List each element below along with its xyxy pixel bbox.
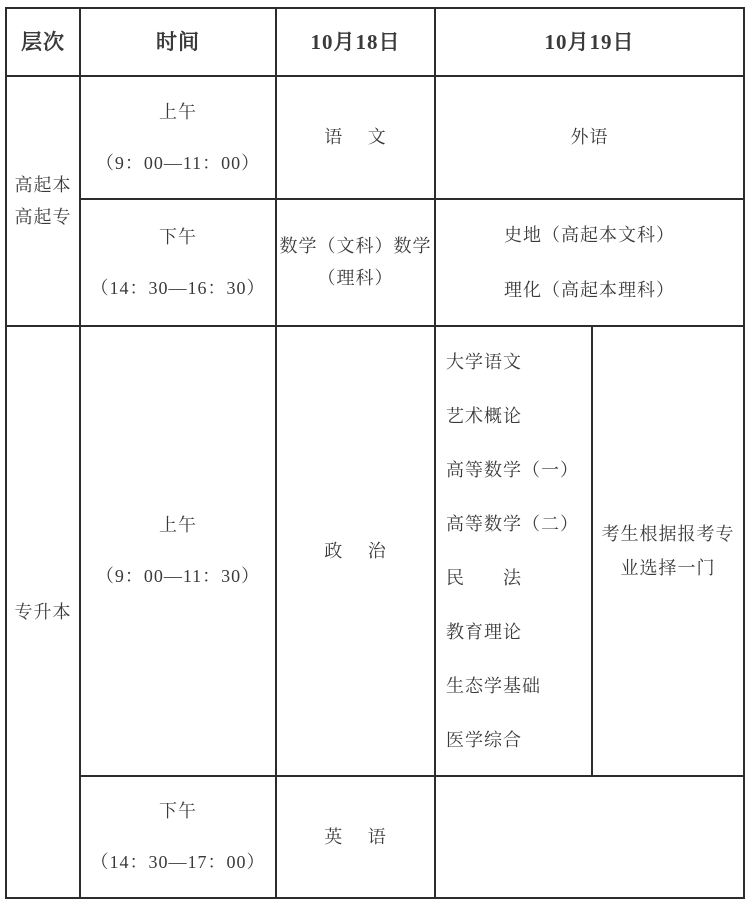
level-gaoqi-lines: 高起本 高起专: [7, 174, 79, 229]
cell-gaoqi-morning-oct19: 外语: [435, 76, 744, 199]
math-subject-line2: （理科）: [318, 267, 394, 290]
row-gaoqi-afternoon: 下午 （14：30—16：30） 数学（文科）数学 （理科） 史地（高起本文科）…: [6, 199, 744, 326]
subject-jiaoyulilun: 教育理论: [446, 621, 522, 644]
session-label: 上午: [159, 514, 197, 537]
session-label: 下午: [159, 226, 197, 249]
lihua-subject-label: 理化（高起本理科）: [504, 279, 675, 302]
session-lines: 上午 （9：00—11：00）: [81, 101, 275, 175]
subject-gaodengshuxue2: 高等数学（二）: [446, 513, 579, 536]
exam-schedule-page: 层次 时间 10月18日 10月19日 高起本 高起专 上午 （9：00—11：…: [0, 0, 748, 905]
shidi-lihua-lines: 史地（高起本文科） 理化（高起本理科）: [436, 224, 743, 302]
row-zhuanshengben-afternoon: 下午 （14：30—17：00） 英 语: [6, 776, 744, 898]
session-lines: 上午 （9：00—11：30）: [81, 514, 275, 588]
cell-gaoqi-afternoon-session: 下午 （14：30—16：30）: [80, 199, 276, 326]
session-time: （14：30—16：30）: [91, 277, 266, 300]
subject-list: 大学语文 艺术概论 高等数学（一） 高等数学（二） 民 法 教育理论 生态学基础…: [436, 351, 591, 752]
header-row: 层次 时间 10月18日 10月19日: [6, 8, 744, 76]
header-cell-oct18: 10月18日: [276, 8, 435, 76]
cell-gaoqi-afternoon-oct18: 数学（文科）数学 （理科）: [276, 199, 435, 326]
level-gaoqiben-label: 高起本: [15, 174, 72, 197]
cell-zsb-afternoon-oct18: 英 语: [276, 776, 435, 898]
session-lines: 下午 （14：30—16：30）: [81, 226, 275, 300]
cell-zsb-morning-oct18: 政 治: [276, 326, 435, 776]
session-time: （9：00—11：00）: [96, 152, 260, 175]
session-label: 上午: [159, 101, 197, 124]
elective-note: 考生根据报考专业选择一门: [593, 517, 743, 585]
subject-shengtaixuejichu: 生态学基础: [446, 675, 541, 698]
subject-minfa: 民 法: [446, 567, 522, 590]
cell-level-gaoqi: 高起本 高起专: [6, 76, 80, 326]
cell-zsb-morning-note: 考生根据报考专业选择一门: [592, 326, 744, 776]
session-time: （14：30—17：00）: [91, 851, 266, 874]
session-time: （9：00—11：30）: [96, 565, 260, 588]
subject-daxueyuwen: 大学语文: [446, 351, 522, 374]
exam-schedule-table: 层次 时间 10月18日 10月19日 高起本 高起专 上午 （9：00—11：…: [5, 7, 745, 899]
session-label: 下午: [159, 800, 197, 823]
header-cell-oct19: 10月19日: [435, 8, 744, 76]
header-cell-time: 时间: [80, 8, 276, 76]
cell-zsb-morning-subjects: 大学语文 艺术概论 高等数学（一） 高等数学（二） 民 法 教育理论 生态学基础…: [435, 326, 592, 776]
cell-zsb-morning-session: 上午 （9：00—11：30）: [80, 326, 276, 776]
math-subject-line1: 数学（文科）数学: [280, 235, 432, 258]
cell-gaoqi-afternoon-oct19: 史地（高起本文科） 理化（高起本理科）: [435, 199, 744, 326]
cell-level-zhuanshengben: 专升本: [6, 326, 80, 898]
cell-gaoqi-morning-oct18: 语 文: [276, 76, 435, 199]
subject-yixuezonghe: 医学综合: [446, 729, 522, 752]
cell-zsb-afternoon-session: 下午 （14：30—17：00）: [80, 776, 276, 898]
cell-gaoqi-morning-session: 上午 （9：00—11：00）: [80, 76, 276, 199]
subject-yishugailun: 艺术概论: [446, 405, 522, 428]
level-gaoqizhuan-label: 高起专: [15, 206, 72, 229]
session-lines: 下午 （14：30—17：00）: [81, 800, 275, 874]
header-cell-level: 层次: [6, 8, 80, 76]
shidi-subject-label: 史地（高起本文科）: [504, 224, 675, 247]
row-gaoqi-morning: 高起本 高起专 上午 （9：00—11：00） 语 文 外语: [6, 76, 744, 199]
math-subject-lines: 数学（文科）数学 （理科）: [277, 235, 434, 290]
row-zhuanshengben-morning: 专升本 上午 （9：00—11：30） 政 治 大学语文 艺术概论 高等数学（一…: [6, 326, 744, 776]
cell-zsb-afternoon-oct19: [435, 776, 744, 898]
subject-gaodengshuxue1: 高等数学（一）: [446, 459, 579, 482]
